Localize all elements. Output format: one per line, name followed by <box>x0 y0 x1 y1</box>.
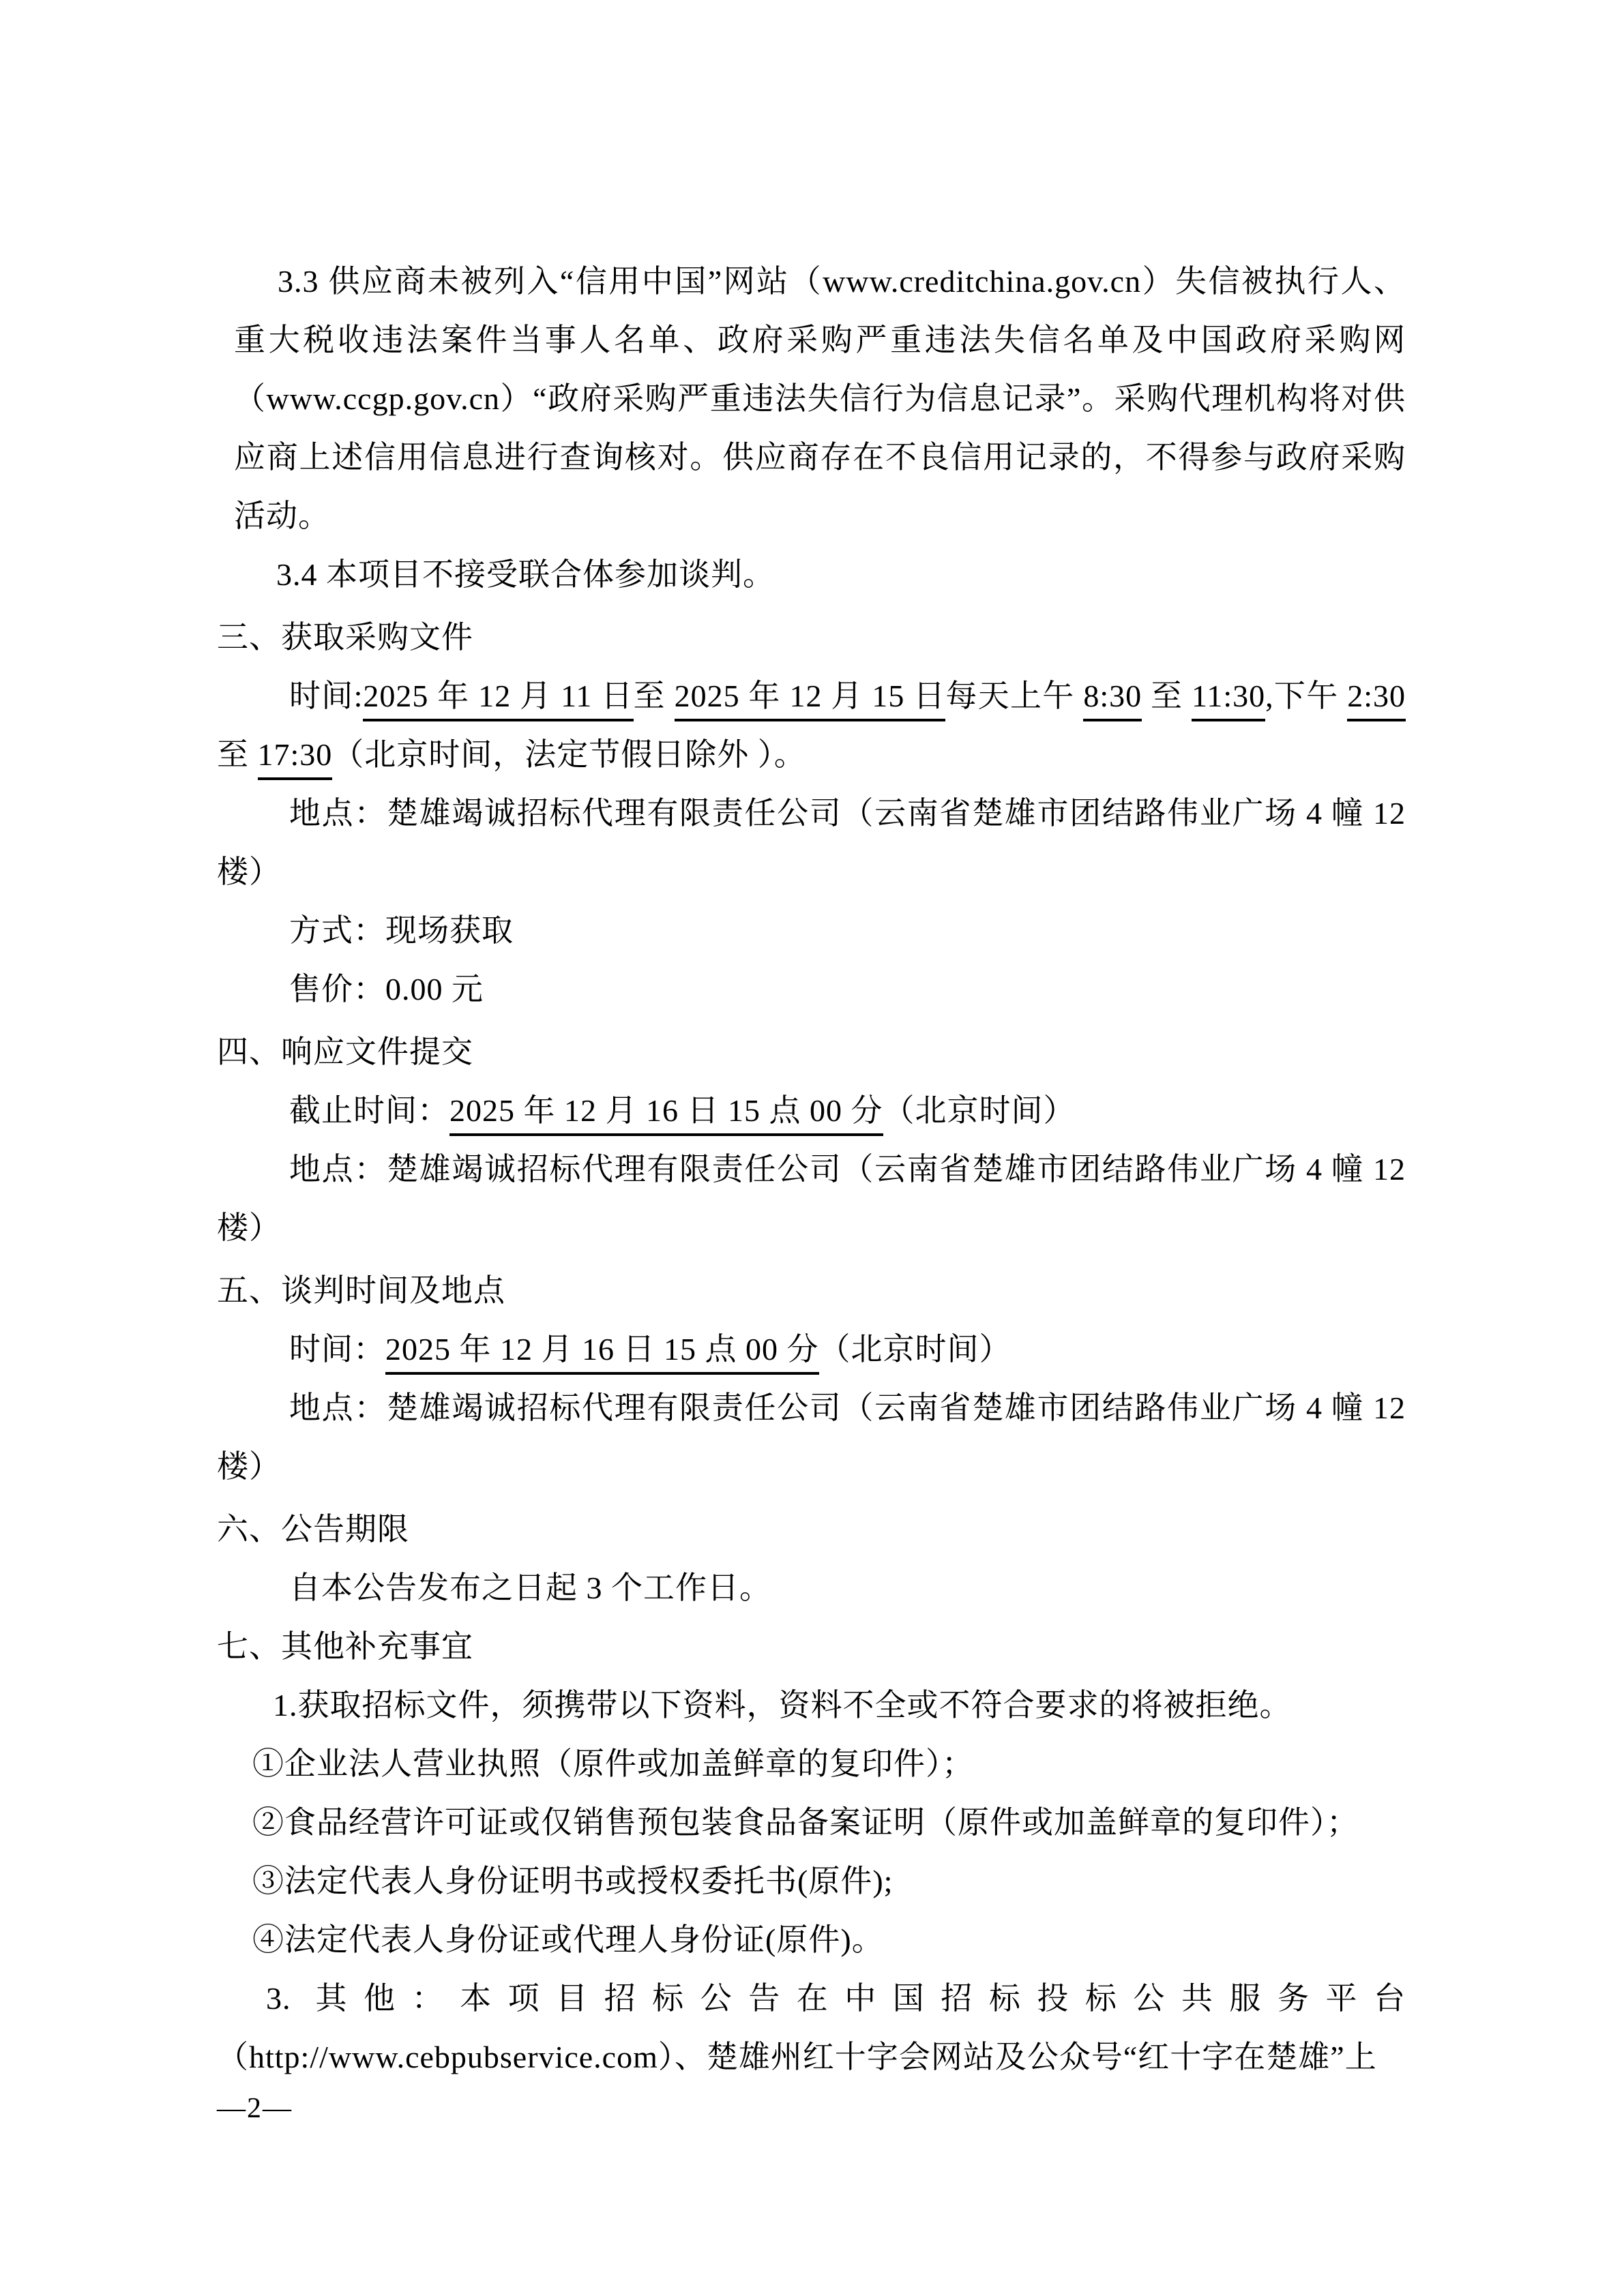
text-run: ③法定代表人身份证明书或授权委托书(原件); <box>252 1864 893 1898</box>
text-run: 五、谈判时间及地点 <box>217 1273 505 1308</box>
underlined-run: 2025 年 12 月 11 日 <box>363 679 633 721</box>
text-run: ,下午 <box>1265 679 1347 713</box>
text-run: 地点：楚雄竭诚招标代理有限责任公司（云南省楚雄市团结路伟业广场 4 幢 12 楼… <box>217 1152 1406 1245</box>
heading-section-5: 五、谈判时间及地点 <box>217 1262 1406 1320</box>
para-other-1: 1.获取招标文件，须携带以下资料，资料不全或不符合要求的将被拒绝。 <box>217 1676 1406 1735</box>
para-material-2: ②食品经营许可证或仅销售预包装食品备案证明（原件或加盖鲜章的复印件）； <box>217 1793 1406 1852</box>
underlined-run: 17:30 <box>258 737 333 780</box>
para-submit-location: 地点：楚雄竭诚招标代理有限责任公司（云南省楚雄市团结路伟业广场 4 幢 12 楼… <box>217 1140 1406 1257</box>
text-run: （北京时间） <box>819 1332 1012 1367</box>
para-obtain-time: 时间:2025 年 12 月 11 日至 2025 年 12 月 15 日每天上… <box>217 667 1406 784</box>
text-run: 至 <box>634 679 675 713</box>
text-run: 3.3 供应商未被列入“信用中国”网站（www.creditchina.gov.… <box>234 264 1406 533</box>
para-obtain-location: 地点：楚雄竭诚招标代理有限责任公司（云南省楚雄市团结路伟业广场 4 幢 12 楼… <box>217 784 1406 901</box>
text-run: 3. 其他：本项目招标公告在中国招标投标公共服务平台（http://www.ce… <box>217 1981 1406 2074</box>
para-material-3: ③法定代表人身份证明书或授权委托书(原件); <box>217 1852 1406 1911</box>
page-number: —2— <box>217 2088 293 2129</box>
underlined-run: 2025 年 12 月 16 日 15 点 00 分 <box>449 1093 883 1136</box>
para-other-3: 3. 其他：本项目招标公告在中国招标投标公共服务平台（http://www.ce… <box>217 1969 1406 2087</box>
text-run: （北京时间） <box>883 1093 1076 1128</box>
heading-section-7: 七、其他补充事宜 <box>217 1617 1406 1676</box>
text-run: 七、其他补充事宜 <box>217 1629 473 1664</box>
underlined-run: 2:30 <box>1347 679 1406 721</box>
text-run: ①企业法人营业执照（原件或加盖鲜章的复印件）； <box>252 1746 974 1781</box>
para-3-4: 3.4 本项目不接受联合体参加谈判。 <box>234 546 1406 604</box>
para-material-4: ④法定代表人身份证或代理人身份证(原件)。 <box>217 1911 1406 1969</box>
underlined-run: 11:30 <box>1192 679 1265 721</box>
text-run: 地点：楚雄竭诚招标代理有限责任公司（云南省楚雄市团结路伟业广场 4 幢 12 楼… <box>217 1390 1406 1484</box>
para-material-1: ①企业法人营业执照（原件或加盖鲜章的复印件）； <box>217 1735 1406 1793</box>
text-run: 时间： <box>289 1332 385 1367</box>
underlined-run: 2025 年 12 月 15 日 <box>675 679 946 721</box>
text-run: 时间: <box>289 679 363 713</box>
underlined-run: 2025 年 12 月 16 日 15 点 00 分 <box>385 1332 819 1375</box>
text-run: 地点：楚雄竭诚招标代理有限责任公司（云南省楚雄市团结路伟业广场 4 幢 12 楼… <box>217 796 1406 889</box>
underlined-run: 8:30 <box>1083 679 1142 721</box>
text-run: ②食品经营许可证或仅销售预包装食品备案证明（原件或加盖鲜章的复印件）； <box>252 1805 1359 1840</box>
para-3-3: 3.3 供应商未被列入“信用中国”网站（www.creditchina.gov.… <box>234 252 1406 546</box>
text-run: 至 <box>1142 679 1192 713</box>
para-negotiation-time: 时间：2025 年 12 月 16 日 15 点 00 分（北京时间） <box>217 1320 1406 1379</box>
text-run: 截止时间： <box>289 1093 449 1128</box>
text-run: 六、公告期限 <box>217 1512 409 1547</box>
text-run: ④法定代表人身份证或代理人身份证(原件)。 <box>252 1922 884 1957</box>
para-obtain-method: 方式：现场获取 <box>217 901 1406 960</box>
text-run: 售价：0.00 元 <box>289 972 484 1007</box>
text-run: 方式：现场获取 <box>289 913 514 948</box>
document-page: 3.3 供应商未被列入“信用中国”网站（www.creditchina.gov.… <box>0 0 1624 2296</box>
heading-section-3: 三、获取采购文件 <box>217 608 1406 667</box>
text-run: （北京时间，法定节假日除外 ）。 <box>332 737 806 772</box>
text-run: 每天上午 <box>945 679 1083 713</box>
para-negotiation-location: 地点：楚雄竭诚招标代理有限责任公司（云南省楚雄市团结路伟业广场 4 幢 12 楼… <box>217 1379 1406 1496</box>
text-run: 四、响应文件提交 <box>217 1034 473 1069</box>
text-run: 至 <box>217 737 258 772</box>
heading-section-6: 六、公告期限 <box>217 1500 1406 1559</box>
para-submit-deadline: 截止时间：2025 年 12 月 16 日 15 点 00 分（北京时间） <box>217 1082 1406 1140</box>
heading-section-4: 四、响应文件提交 <box>217 1023 1406 1082</box>
text-run: 三、获取采购文件 <box>217 620 473 655</box>
text-run: 1.获取招标文件，须携带以下资料，资料不全或不符合要求的将被拒绝。 <box>273 1688 1292 1723</box>
text-run: 自本公告发布之日起 3 个工作日。 <box>289 1570 771 1605</box>
text-run: 3.4 本项目不接受联合体参加谈判。 <box>276 557 775 592</box>
para-obtain-price: 售价：0.00 元 <box>217 960 1406 1019</box>
para-announcement-period: 自本公告发布之日起 3 个工作日。 <box>217 1559 1406 1617</box>
